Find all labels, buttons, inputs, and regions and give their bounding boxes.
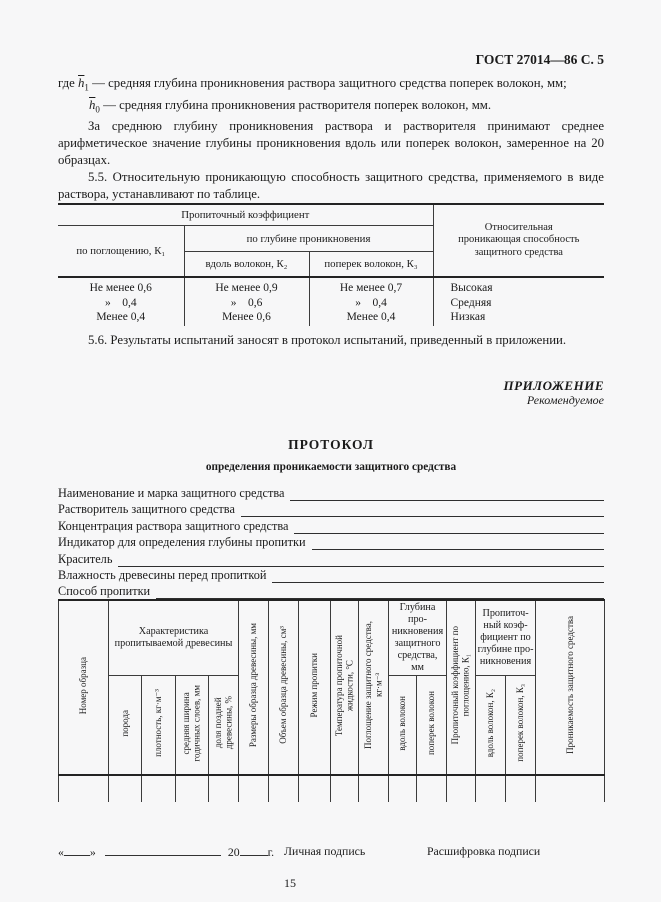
- t2-col-ring-width: средняя ширина годичных слоев, мм: [176, 676, 209, 776]
- t2-col-k3: поперек волокон, К₃: [506, 676, 536, 776]
- t1-body-k3: Не менее 0,7 » 0,4 Менее 0,4: [309, 277, 433, 326]
- field-label-solvent: Растворитель защитного средства: [58, 502, 241, 517]
- t2-empty-cell: [142, 775, 176, 802]
- blank-line: [312, 537, 604, 550]
- t2-empty-cell: [269, 775, 299, 802]
- form-row: Влажность древесины перед пропиткой: [58, 567, 604, 583]
- t1-cell-line: Низкая: [451, 310, 602, 325]
- quote-close: »: [90, 845, 96, 859]
- t1-col-absorption-k1: по поглощению, К₁: [58, 226, 184, 278]
- form-row: Краситель: [58, 550, 604, 566]
- t1-body-k2: Не менее 0,9 » 0,6 Менее 0,6: [184, 277, 309, 326]
- protocol-form: Наименование и марка защитного средства …: [58, 485, 604, 600]
- t2-col-absorption: Поглощение защитного средства, кг·м⁻³: [359, 600, 389, 775]
- protocol-title: ПРОТОКОЛ: [58, 437, 604, 452]
- blank-line: [241, 504, 604, 517]
- t1-body-k1: Не менее 0,6 » 0,4 Менее 0,4: [58, 277, 184, 326]
- field-label-method: Способ пропитки: [58, 584, 156, 599]
- form-row: Наименование и марка защитного средства: [58, 485, 604, 501]
- blank-month: [105, 844, 221, 856]
- document-page: ГОСТ 27014—86 С. 5 где h1 — средняя глуб…: [0, 0, 661, 902]
- where-line-2: h0 — средняя глубина проникновения раств…: [58, 97, 604, 119]
- t2-empty-cell: [447, 775, 476, 802]
- blank-line: [290, 488, 604, 501]
- t1-cell-line: Менее 0,4: [61, 310, 181, 325]
- t2-col-k1: Пропиточный коэффициент по поглощению, К…: [447, 600, 476, 775]
- t2-col-mode: Режим пропитки: [299, 600, 331, 775]
- t1-cell-line: Не менее 0,6: [61, 281, 181, 296]
- blank-year: [240, 844, 268, 856]
- t2-group-depth: Глубина про- никновения защитного средст…: [389, 600, 447, 676]
- where-text-2: — средняя глубина проникновения раствори…: [103, 98, 491, 112]
- t1-cell-line: » 0,6: [188, 296, 306, 311]
- signature-transcript-label: Расшифровка подписи: [427, 844, 540, 859]
- appendix-title: ПРИЛОЖЕНИЕ: [58, 379, 604, 393]
- t2-col-k2: вдоль волокон, К₂: [476, 676, 506, 776]
- t2-empty-cell: [536, 775, 605, 802]
- t2-col-permeability: Проникаемость защитного средства: [536, 600, 605, 775]
- t2-empty-cell: [506, 775, 536, 802]
- t1-cell-line: Менее 0,6: [188, 310, 306, 325]
- paragraph-5-6: 5.6. Результаты испытаний заносят в прот…: [58, 332, 604, 349]
- t2-col-latewood: доля поздней древесины, %: [209, 676, 239, 776]
- blank-day: [64, 844, 90, 856]
- t2-empty-cell: [476, 775, 506, 802]
- blank-line: [294, 521, 604, 534]
- where-block: где h1 — средняя глубина проникновения р…: [58, 75, 604, 118]
- protocol-subtitle: определения проникаемости защитного сред…: [58, 461, 604, 474]
- personal-signature-label: Личная подпись: [284, 844, 365, 859]
- form-row: Способ пропитки: [58, 583, 604, 599]
- t2-empty-cell: [299, 775, 331, 802]
- doc-reference: ГОСТ 27014—86 С. 5: [58, 52, 604, 67]
- t2-group-coefficient-depth: Пропиточ- ный коэф- фициент по глубине п…: [476, 600, 536, 676]
- t2-empty-cell: [417, 775, 447, 802]
- t2-empty-cell: [109, 775, 142, 802]
- appendix-subtitle: Рекомендуемое: [58, 393, 604, 407]
- blank-line: [118, 554, 604, 567]
- t1-col-across-k3: поперек волокон, К₃: [309, 252, 433, 278]
- t1-cell-line: Не менее 0,9: [188, 281, 306, 296]
- coefficient-table: Пропиточный коэффициент Относительная пр…: [58, 203, 604, 326]
- field-label-dye: Краситель: [58, 552, 118, 567]
- t1-group-coefficient: Пропиточный коэффициент: [58, 204, 433, 226]
- t2-col-dimensions: Размеры образца древесины, мм: [239, 600, 269, 775]
- t2-group-wood-characteristics: Характеристика пропитываемой древесины: [109, 600, 239, 676]
- blank-line: [272, 570, 604, 583]
- t1-cell-line: » 0,4: [313, 296, 430, 311]
- t2-col-density: плотность, кг·м⁻³: [142, 676, 176, 776]
- t2-empty-cell: [389, 775, 417, 802]
- form-row: Растворитель защитного средства: [58, 501, 604, 517]
- t1-cell-line: Средняя: [451, 296, 602, 311]
- page-content: ГОСТ 27014—86 С. 5 где h1 — средняя глуб…: [58, 0, 604, 891]
- paragraph-mean-depth: За среднюю глубину проникновения раствор…: [58, 118, 604, 169]
- t2-col-volume: Объем образца древесины, см³: [269, 600, 299, 775]
- t2-col-across: поперек волокон: [417, 676, 447, 776]
- field-label-concentration: Концентрация раствора защитного средства: [58, 519, 294, 534]
- field-label-moisture: Влажность древесины перед пропиткой: [58, 568, 272, 583]
- blank-line: [156, 586, 604, 599]
- form-row: Концентрация раствора защитного средства: [58, 517, 604, 533]
- field-label-indicator: Индикатор для определения глубины пропит…: [58, 535, 312, 550]
- where-prefix: где: [58, 76, 75, 90]
- t2-col-sample-no: Номер образца: [59, 600, 109, 775]
- symbol-h1: h1: [78, 76, 89, 90]
- t1-group-depth: по глубине проникновения: [184, 226, 433, 252]
- page-number: 15: [58, 876, 604, 891]
- t2-empty-cell: [239, 775, 269, 802]
- field-label-agent-name: Наименование и марка защитного средства: [58, 486, 290, 501]
- t1-body-relative: Высокая Средняя Низкая: [433, 277, 604, 326]
- t2-col-species: порода: [109, 676, 142, 776]
- year-prefix: 20: [228, 845, 240, 859]
- symbol-h0: h0: [89, 98, 100, 112]
- protocol-table: Номер образца Характеристика пропитываем…: [58, 599, 605, 802]
- t2-empty-cell: [59, 775, 109, 802]
- date-line: «»20г.: [58, 844, 274, 860]
- paragraph-5-5: 5.5. Относительную проникающую способнос…: [58, 169, 604, 203]
- where-line-1: где h1 — средняя глубина проникновения р…: [58, 75, 604, 97]
- t2-empty-cell: [176, 775, 209, 802]
- t2-empty-cell: [331, 775, 359, 802]
- t2-empty-cell: [359, 775, 389, 802]
- t2-col-along: вдоль волокон: [389, 676, 417, 776]
- t1-cell-line: Высокая: [451, 281, 602, 296]
- t1-cell-line: Не менее 0,7: [313, 281, 430, 296]
- appendix-block: ПРИЛОЖЕНИЕ Рекомендуемое: [58, 379, 604, 407]
- t2-col-temperature: Температура пропиточной жидкости, °С: [331, 600, 359, 775]
- t1-cell-line: » 0,4: [61, 296, 181, 311]
- t1-col-along-k2: вдоль волокон, К₂: [184, 252, 309, 278]
- form-row: Индикатор для определения глубины пропит…: [58, 534, 604, 550]
- signature-footer: «»20г. Личная подпись Расшифровка подпис…: [58, 844, 604, 860]
- year-suffix: г.: [268, 845, 274, 859]
- t1-col-relative-ability: Относительная проникающая способность за…: [433, 204, 604, 277]
- t2-empty-cell: [209, 775, 239, 802]
- where-text-1: — средняя глубина проникновения раствора…: [92, 76, 567, 90]
- t1-cell-line: Менее 0,4: [313, 310, 430, 325]
